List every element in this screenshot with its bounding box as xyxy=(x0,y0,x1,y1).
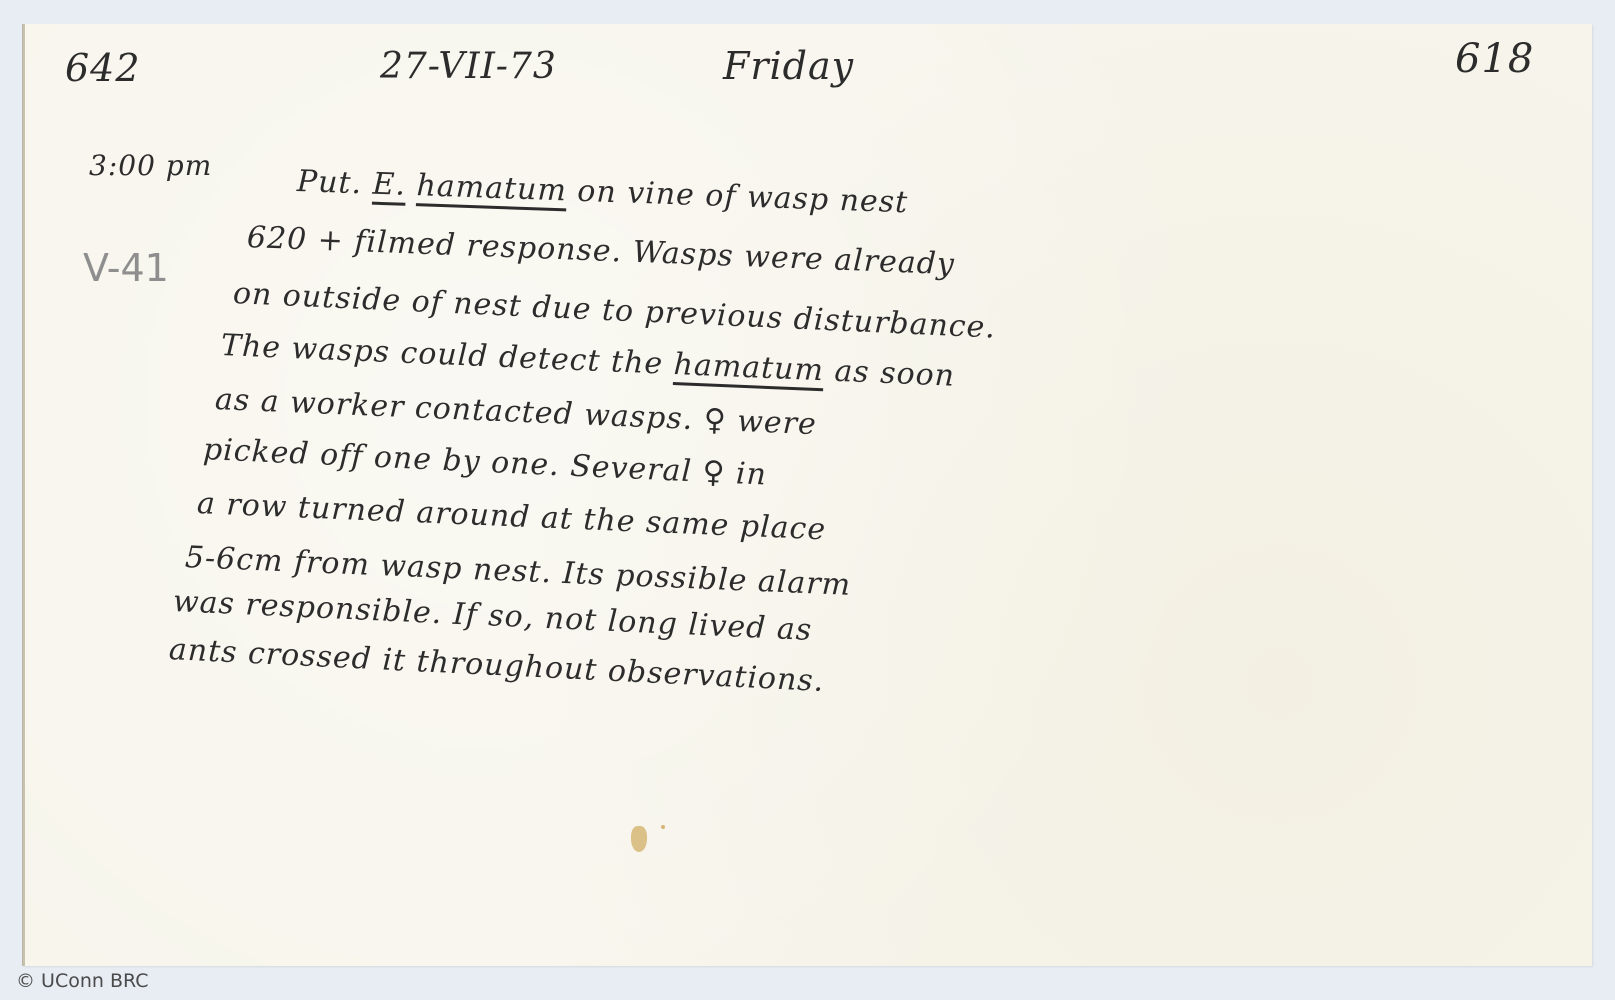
entry-line-1: Put. E. hamatum on vine of wasp nest xyxy=(296,164,908,220)
entry-line-1-before: Put. xyxy=(296,164,362,201)
species-name: hamatum xyxy=(416,168,568,208)
species-name-2: hamatum xyxy=(673,347,825,388)
entry-line-4-after: as soon xyxy=(834,354,956,394)
entry-line-6: picked off one by one. Several ♀ in xyxy=(202,432,767,493)
paper-stain-dot xyxy=(661,825,665,829)
entry-line-1-after: on vine of wasp nest xyxy=(577,174,909,221)
entry-line-5: as a worker contacted wasps. ♀ were xyxy=(214,382,817,442)
entry-weekday: Friday xyxy=(723,44,854,88)
entry-line-7: a row turned around at the same place xyxy=(196,486,827,547)
margin-note: V-41 xyxy=(83,246,169,290)
page-number-right: 618 xyxy=(1455,36,1534,82)
copyright-notice: © UConn BRC xyxy=(16,970,149,992)
entry-date: 27-VII-73 xyxy=(380,46,557,87)
entry-time: 3:00 pm xyxy=(89,149,212,182)
paper-stain xyxy=(631,826,647,852)
page-number-left: 642 xyxy=(65,46,141,90)
entry-line-2: 620 + filmed response. Wasps were alread… xyxy=(246,220,955,282)
genus-abbrev: E. xyxy=(372,167,407,203)
field-note-card: 642 27-VII-73 Friday 618 V-41 3:00 pm Pu… xyxy=(23,24,1592,966)
entry-line-4-before: The wasps could detect the xyxy=(220,328,664,382)
